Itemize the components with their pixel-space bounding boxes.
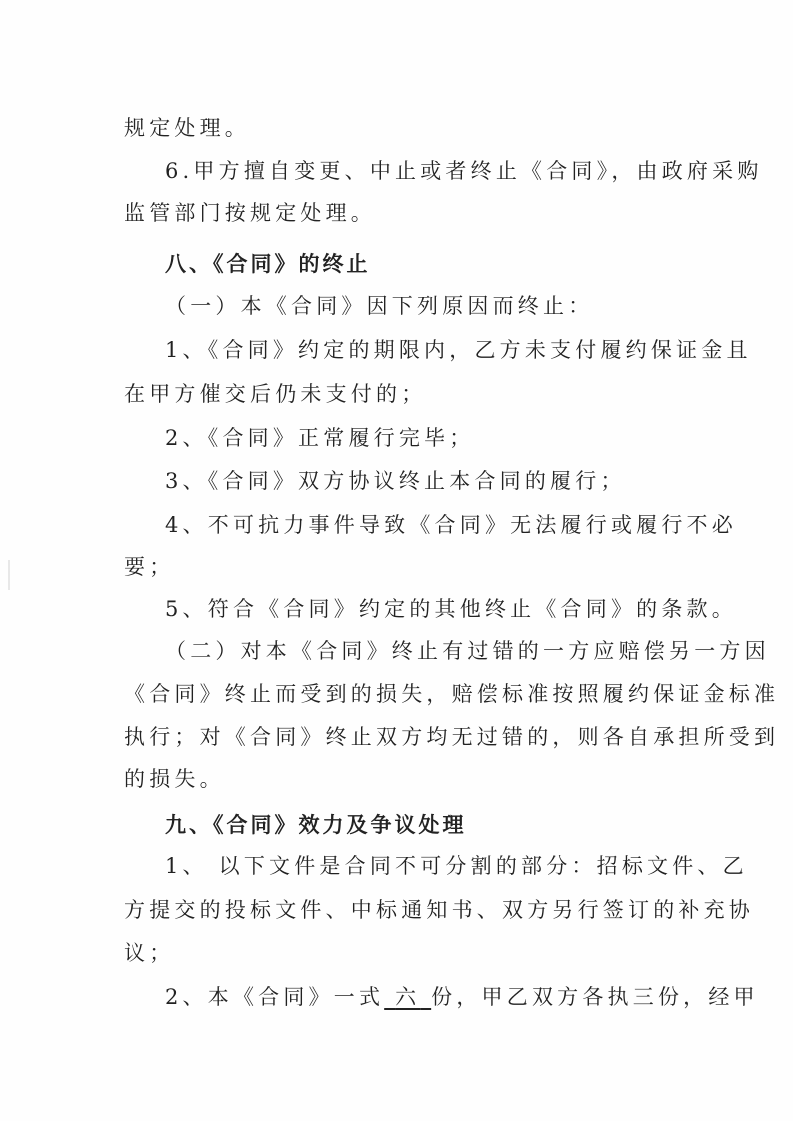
text-line: 监管部门按规定处理。	[124, 199, 376, 227]
text-line: 方提交的投标文件、中标通知书、双方另行签订的补充协	[124, 896, 754, 924]
text-line: 3、《合同》双方协议终止本合同的履行；	[165, 467, 626, 495]
text-line: 6.甲方擅自变更、中止或者终止《合同》，由政府采购	[165, 157, 763, 185]
text-line: （二）对本《合同》终止有过错的一方应赔偿另一方因	[165, 637, 770, 665]
text-line: 5、符合《合同》约定的其他终止《合同》的条款。	[165, 595, 737, 623]
text-line: （一）本《合同》因下列原因而终止：	[165, 292, 593, 320]
text-line: 要；	[124, 553, 174, 581]
scan-artifact	[8, 560, 10, 590]
section-heading: 九、《合同》效力及争议处理	[165, 811, 467, 839]
section-heading: 八、《合同》的终止	[165, 250, 371, 278]
text-line: 议；	[124, 939, 174, 967]
text-line: 的损失。	[124, 765, 225, 793]
text-line: 1、《合同》约定的期限内，乙方未支付履约保证金且	[165, 336, 752, 364]
text-suffix: 份，甲乙双方各执三份，经甲	[431, 985, 759, 1009]
text-line: 2、《合同》正常履行完毕；	[165, 424, 474, 452]
text-line: 2、本《合同》一式 六 份，甲乙双方各执三份，经甲	[165, 983, 759, 1011]
text-line: 《合同》终止而受到的损失，赔偿标准按照履约保证金标准	[124, 680, 779, 708]
text-line: 4、不可抗力事件导致《合同》无法履行或履行不必	[165, 511, 737, 539]
filled-blank: 六	[384, 985, 431, 1009]
text-prefix: 2、本《合同》一式	[165, 985, 384, 1009]
text-line: 在甲方催交后仍未支付的；	[124, 380, 426, 408]
copies-count: 六	[395, 985, 420, 1009]
document-page: 规定处理。 6.甲方擅自变更、中止或者终止《合同》，由政府采购 监管部门按规定处…	[0, 0, 793, 1121]
text-line: 执行；对《合同》终止双方均无过错的，则各自承担所受到	[124, 723, 779, 751]
text-line: 1、 以下文件是合同不可分割的部分：招标文件、乙	[165, 852, 748, 880]
text-line: 规定处理。	[124, 114, 250, 142]
